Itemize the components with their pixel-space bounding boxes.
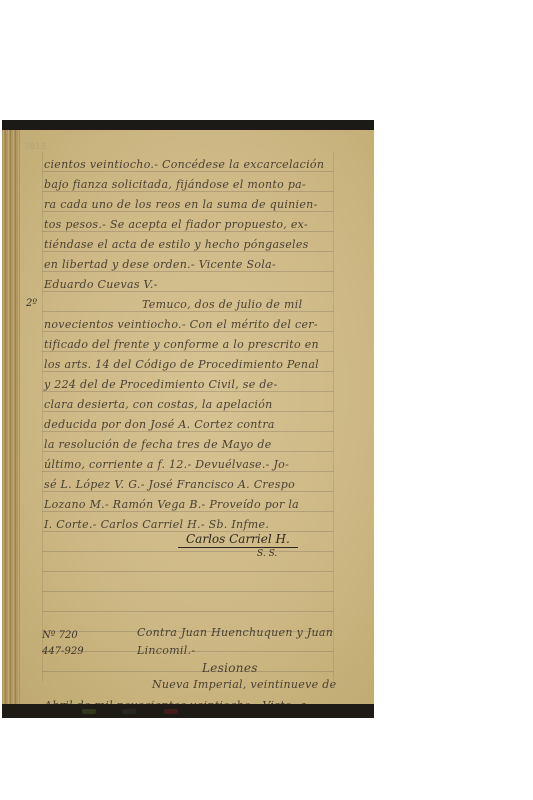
entry2-line-11: Lozano M.- Ramón Vega B.- Proveído por l… bbox=[44, 498, 299, 511]
entry2-line-2: novecientos veintiocho.- Con el mérito d… bbox=[44, 318, 318, 331]
entry3-parties-1: Contra Juan Huenchuquen y Juan bbox=[137, 626, 333, 639]
entry1-line-6: en libertad y dese orden.- Vicente Sola- bbox=[44, 258, 276, 271]
page-stamp: 7013 bbox=[24, 142, 46, 152]
ruled-lines bbox=[42, 152, 334, 682]
signature: Carlos Carriel H. bbox=[178, 532, 298, 548]
entry1-line-1: cientos veintiocho.- Concédese la excarc… bbox=[44, 158, 324, 171]
entry2-line-4: los arts. 14 del Código de Procedimiento… bbox=[44, 358, 319, 371]
case-number: Nº 720 bbox=[42, 630, 78, 641]
page-edges bbox=[2, 130, 20, 705]
entry2-line-12: I. Corte.- Carlos Carriel H.- Sb. Infme. bbox=[44, 518, 269, 531]
entry1-line-7: Eduardo Cuevas V.- bbox=[44, 278, 158, 291]
bottom-edge bbox=[2, 704, 374, 718]
ledger-photo: 7013 cientos veintiocho.- Concédese la e… bbox=[2, 120, 374, 718]
entry2-line-7: deducida por don José A. Cortez contra bbox=[44, 418, 275, 431]
entry1-line-4: tos pesos.- Se acepta el fiador propuest… bbox=[44, 218, 308, 231]
entry1-line-3: ra cada uno de los reos en la suma de qu… bbox=[44, 198, 318, 211]
signature-subtitle: S. S. bbox=[257, 549, 277, 559]
entry1-line-5: tiéndase el acta de estilo y hecho pónga… bbox=[44, 238, 309, 251]
entry3-parties-2: Lincomil.- bbox=[137, 644, 195, 657]
entry2-line-5: y 224 del de Procedimiento Civil, se de- bbox=[44, 378, 278, 391]
entry2-line-8: la resolución de fecha tres de Mayo de bbox=[44, 438, 272, 451]
entry3-subject: Lesiones bbox=[202, 661, 258, 675]
entry2-number: 2º bbox=[26, 298, 37, 309]
color-tab bbox=[82, 709, 96, 714]
color-tab bbox=[164, 709, 178, 714]
color-tab bbox=[122, 709, 136, 714]
entry2-line-6: clara desierta, con costas, la apelación bbox=[44, 398, 273, 411]
entry2-line-10: sé L. López V. G.- José Francisco A. Cre… bbox=[44, 478, 295, 491]
case-reference: 447-929 bbox=[42, 646, 84, 657]
ledger-page: 7013 cientos veintiocho.- Concédese la e… bbox=[2, 130, 374, 705]
entry2-line-9: último, corriente a f. 12.- Devuélvase.-… bbox=[44, 458, 289, 471]
entry2-line-3: tificado del frente y conforme a lo pres… bbox=[44, 338, 319, 351]
entry2-line-1: Temuco, dos de julio de mil bbox=[142, 298, 302, 311]
entry1-line-2: bajo fianza solicitada, fijándose el mon… bbox=[44, 178, 306, 191]
entry3-line-1: Nueva Imperial, veintinueve de bbox=[152, 678, 336, 691]
